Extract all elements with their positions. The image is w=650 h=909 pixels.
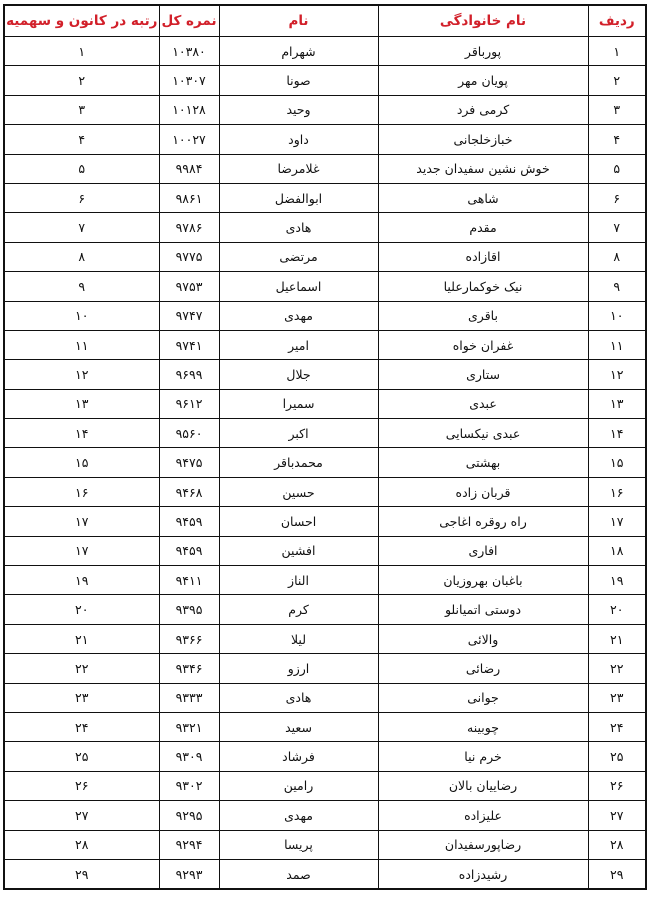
score-cell: ۹۳۶۶: [159, 624, 219, 653]
name-cell: احسان: [219, 507, 378, 536]
table-row: ۹نیک خوکمارعلیااسماعیل۹۷۵۳۹: [4, 272, 646, 301]
rank-cell: ۲۹: [4, 859, 159, 889]
score-cell: ۹۴۵۹: [159, 507, 219, 536]
family-cell: جوانی: [378, 683, 588, 712]
family-cell: پویان مهر: [378, 66, 588, 95]
rank-cell: ۱۳: [4, 389, 159, 418]
name-cell: هادی: [219, 683, 378, 712]
results-table: ردیف نام خانوادگی نام نمره کل رتبه در کا…: [3, 4, 647, 890]
table-row: ۱۵بهشتیمحمدباقر۹۴۷۵۱۵: [4, 448, 646, 477]
table-row: ۲۸رضاپورسفیدانپریسا۹۲۹۴۲۸: [4, 830, 646, 859]
family-cell: راه روقره اغاجی: [378, 507, 588, 536]
rank-cell: ۳: [4, 95, 159, 124]
score-cell: ۹۳۰۹: [159, 742, 219, 771]
index-cell: ۱۰: [588, 301, 646, 330]
score-cell: ۹۷۷۵: [159, 242, 219, 271]
score-cell: ۹۲۹۵: [159, 801, 219, 830]
family-cell: رشیدزاده: [378, 859, 588, 889]
score-cell: ۱۰۰۲۷: [159, 125, 219, 154]
index-cell: ۸: [588, 242, 646, 271]
family-cell: دوستی اتمیانلو: [378, 595, 588, 624]
score-cell: ۹۴۷۵: [159, 448, 219, 477]
score-cell: ۹۸۶۱: [159, 183, 219, 212]
rank-cell: ۲۷: [4, 801, 159, 830]
table-row: ۱پورباقرشهرام۱۰۳۸۰۱: [4, 37, 646, 66]
name-cell: امیر: [219, 330, 378, 359]
family-cell: والائی: [378, 624, 588, 653]
name-cell: لیلا: [219, 624, 378, 653]
name-cell: فرشاد: [219, 742, 378, 771]
score-cell: ۹۴۶۸: [159, 477, 219, 506]
rank-cell: ۱۶: [4, 477, 159, 506]
rank-cell: ۱۹: [4, 566, 159, 595]
header-index: ردیف: [588, 5, 646, 37]
score-cell: ۹۹۸۴: [159, 154, 219, 183]
index-cell: ۱۸: [588, 536, 646, 565]
header-family: نام خانوادگی: [378, 5, 588, 37]
table-row: ۲پویان مهرصونا۱۰۳۰۷۲: [4, 66, 646, 95]
table-row: ۱۱غفران خواهامیر۹۷۴۱۱۱: [4, 330, 646, 359]
index-cell: ۱۶: [588, 477, 646, 506]
family-cell: باغبان بهروزیان: [378, 566, 588, 595]
name-cell: جلال: [219, 360, 378, 389]
score-cell: ۹۷۴۱: [159, 330, 219, 359]
rank-cell: ۵: [4, 154, 159, 183]
score-cell: ۱۰۱۲۸: [159, 95, 219, 124]
family-cell: باقری: [378, 301, 588, 330]
index-cell: ۲۳: [588, 683, 646, 712]
table-row: ۱۸افاریافشین۹۴۵۹۱۷: [4, 536, 646, 565]
name-cell: مهدی: [219, 301, 378, 330]
table-row: ۲۶رضاییان بالانرامین۹۳۰۲۲۶: [4, 771, 646, 800]
table-row: ۱۷راه روقره اغاجیاحسان۹۴۵۹۱۷: [4, 507, 646, 536]
score-cell: ۹۷۸۶: [159, 213, 219, 242]
rank-cell: ۲۲: [4, 654, 159, 683]
name-cell: افشین: [219, 536, 378, 565]
rank-cell: ۸: [4, 242, 159, 271]
rank-cell: ۲۱: [4, 624, 159, 653]
index-cell: ۶: [588, 183, 646, 212]
family-cell: مقدم: [378, 213, 588, 242]
name-cell: کرم: [219, 595, 378, 624]
table-row: ۱۶قربان زادهحسین۹۴۶۸۱۶: [4, 477, 646, 506]
family-cell: غفران خواه: [378, 330, 588, 359]
table-row: ۱۰باقریمهدی۹۷۴۷۱۰: [4, 301, 646, 330]
index-cell: ۱۴: [588, 419, 646, 448]
index-cell: ۱۱: [588, 330, 646, 359]
table-row: ۷مقدمهادی۹۷۸۶۷: [4, 213, 646, 242]
table-row: ۱۳عبدیسمیرا۹۶۱۲۱۳: [4, 389, 646, 418]
header-rank: رتبه در کانون و سهمیه: [4, 5, 159, 37]
rank-cell: ۲۴: [4, 712, 159, 741]
score-cell: ۹۵۶۰: [159, 419, 219, 448]
index-cell: ۱۷: [588, 507, 646, 536]
name-cell: وحید: [219, 95, 378, 124]
name-cell: سمیرا: [219, 389, 378, 418]
score-cell: ۹۳۹۵: [159, 595, 219, 624]
family-cell: عبدی نیکسایی: [378, 419, 588, 448]
name-cell: ابوالفضل: [219, 183, 378, 212]
table-row: ۲۰دوستی اتمیانلوکرم۹۳۹۵۲۰: [4, 595, 646, 624]
name-cell: مرتضی: [219, 242, 378, 271]
family-cell: نیک خوکمارعلیا: [378, 272, 588, 301]
family-cell: علیزاده: [378, 801, 588, 830]
rank-cell: ۲۳: [4, 683, 159, 712]
index-cell: ۲۸: [588, 830, 646, 859]
score-cell: ۹۴۵۹: [159, 536, 219, 565]
name-cell: اسماعیل: [219, 272, 378, 301]
index-cell: ۳: [588, 95, 646, 124]
name-cell: حسین: [219, 477, 378, 506]
table-row: ۲۴چوبینهسعید۹۳۲۱۲۴: [4, 712, 646, 741]
header-score: نمره کل: [159, 5, 219, 37]
name-cell: شهرام: [219, 37, 378, 66]
table-row: ۲۳جوانیهادی۹۳۳۳۲۳: [4, 683, 646, 712]
index-cell: ۲۹: [588, 859, 646, 889]
score-cell: ۹۳۰۲: [159, 771, 219, 800]
rank-cell: ۱۱: [4, 330, 159, 359]
header-row: ردیف نام خانوادگی نام نمره کل رتبه در کا…: [4, 5, 646, 37]
index-cell: ۲: [588, 66, 646, 95]
index-cell: ۵: [588, 154, 646, 183]
name-cell: صمد: [219, 859, 378, 889]
family-cell: عبدی: [378, 389, 588, 418]
family-cell: رضائی: [378, 654, 588, 683]
family-cell: رضاپورسفیدان: [378, 830, 588, 859]
index-cell: ۲۱: [588, 624, 646, 653]
table-row: ۲۷علیزادهمهدی۹۲۹۵۲۷: [4, 801, 646, 830]
family-cell: اقازاده: [378, 242, 588, 271]
rank-cell: ۷: [4, 213, 159, 242]
name-cell: داود: [219, 125, 378, 154]
rank-cell: ۲۵: [4, 742, 159, 771]
table-row: ۵خوش نشین سفیدان جدیدغلامرضا۹۹۸۴۵: [4, 154, 646, 183]
rank-cell: ۱۰: [4, 301, 159, 330]
score-cell: ۹۲۹۴: [159, 830, 219, 859]
table-row: ۴خبازخلجانیداود۱۰۰۲۷۴: [4, 125, 646, 154]
index-cell: ۲۷: [588, 801, 646, 830]
table-row: ۶شاهیابوالفضل۹۸۶۱۶: [4, 183, 646, 212]
score-cell: ۱۰۳۰۷: [159, 66, 219, 95]
index-cell: ۱۳: [588, 389, 646, 418]
table-row: ۳کرمی فردوحید۱۰۱۲۸۳: [4, 95, 646, 124]
family-cell: ستاری: [378, 360, 588, 389]
family-cell: قربان زاده: [378, 477, 588, 506]
family-cell: بهشتی: [378, 448, 588, 477]
family-cell: شاهی: [378, 183, 588, 212]
index-cell: ۷: [588, 213, 646, 242]
index-cell: ۴: [588, 125, 646, 154]
family-cell: خرم نیا: [378, 742, 588, 771]
name-cell: صونا: [219, 66, 378, 95]
rank-cell: ۴: [4, 125, 159, 154]
table-row: ۲۹رشیدزادهصمد۹۲۹۳۲۹: [4, 859, 646, 889]
rank-cell: ۱۴: [4, 419, 159, 448]
table-row: ۱۲ستاریجلال۹۶۹۹۱۲: [4, 360, 646, 389]
table-row: ۲۲رضائیارزو۹۳۴۶۲۲: [4, 654, 646, 683]
score-cell: ۹۷۴۷: [159, 301, 219, 330]
score-cell: ۹۲۹۳: [159, 859, 219, 889]
index-cell: ۱۲: [588, 360, 646, 389]
table-row: ۸اقازادهمرتضی۹۷۷۵۸: [4, 242, 646, 271]
table-row: ۲۱والائیلیلا۹۳۶۶۲۱: [4, 624, 646, 653]
score-cell: ۹۳۲۱: [159, 712, 219, 741]
score-cell: ۹۶۹۹: [159, 360, 219, 389]
rank-cell: ۱: [4, 37, 159, 66]
index-cell: ۱: [588, 37, 646, 66]
rank-cell: ۱۲: [4, 360, 159, 389]
rank-cell: ۶: [4, 183, 159, 212]
family-cell: رضاییان بالان: [378, 771, 588, 800]
name-cell: الناز: [219, 566, 378, 595]
score-cell: ۹۳۴۶: [159, 654, 219, 683]
rank-cell: ۲: [4, 66, 159, 95]
score-cell: ۱۰۳۸۰: [159, 37, 219, 66]
index-cell: ۲۶: [588, 771, 646, 800]
index-cell: ۱۵: [588, 448, 646, 477]
name-cell: پریسا: [219, 830, 378, 859]
index-cell: ۹: [588, 272, 646, 301]
name-cell: غلامرضا: [219, 154, 378, 183]
score-cell: ۹۴۱۱: [159, 566, 219, 595]
rank-cell: ۲۶: [4, 771, 159, 800]
family-cell: پورباقر: [378, 37, 588, 66]
score-cell: ۹۳۳۳: [159, 683, 219, 712]
rank-cell: ۹: [4, 272, 159, 301]
family-cell: کرمی فرد: [378, 95, 588, 124]
index-cell: ۲۰: [588, 595, 646, 624]
index-cell: ۱۹: [588, 566, 646, 595]
table-row: ۲۵خرم نیافرشاد۹۳۰۹۲۵: [4, 742, 646, 771]
index-cell: ۲۲: [588, 654, 646, 683]
rank-cell: ۱۷: [4, 507, 159, 536]
name-cell: مهدی: [219, 801, 378, 830]
score-cell: ۹۶۱۲: [159, 389, 219, 418]
index-cell: ۲۴: [588, 712, 646, 741]
family-cell: خوش نشین سفیدان جدید: [378, 154, 588, 183]
name-cell: سعید: [219, 712, 378, 741]
index-cell: ۲۵: [588, 742, 646, 771]
name-cell: رامین: [219, 771, 378, 800]
name-cell: اکبر: [219, 419, 378, 448]
rank-cell: ۲۰: [4, 595, 159, 624]
header-name: نام: [219, 5, 378, 37]
table-row: ۱۹باغبان بهروزیانالناز۹۴۱۱۱۹: [4, 566, 646, 595]
rank-cell: ۲۸: [4, 830, 159, 859]
table-row: ۱۴عبدی نیکساییاکبر۹۵۶۰۱۴: [4, 419, 646, 448]
rank-cell: ۱۵: [4, 448, 159, 477]
name-cell: هادی: [219, 213, 378, 242]
family-cell: خبازخلجانی: [378, 125, 588, 154]
family-cell: افاری: [378, 536, 588, 565]
score-cell: ۹۷۵۳: [159, 272, 219, 301]
name-cell: ارزو: [219, 654, 378, 683]
family-cell: چوبینه: [378, 712, 588, 741]
name-cell: محمدباقر: [219, 448, 378, 477]
rank-cell: ۱۷: [4, 536, 159, 565]
